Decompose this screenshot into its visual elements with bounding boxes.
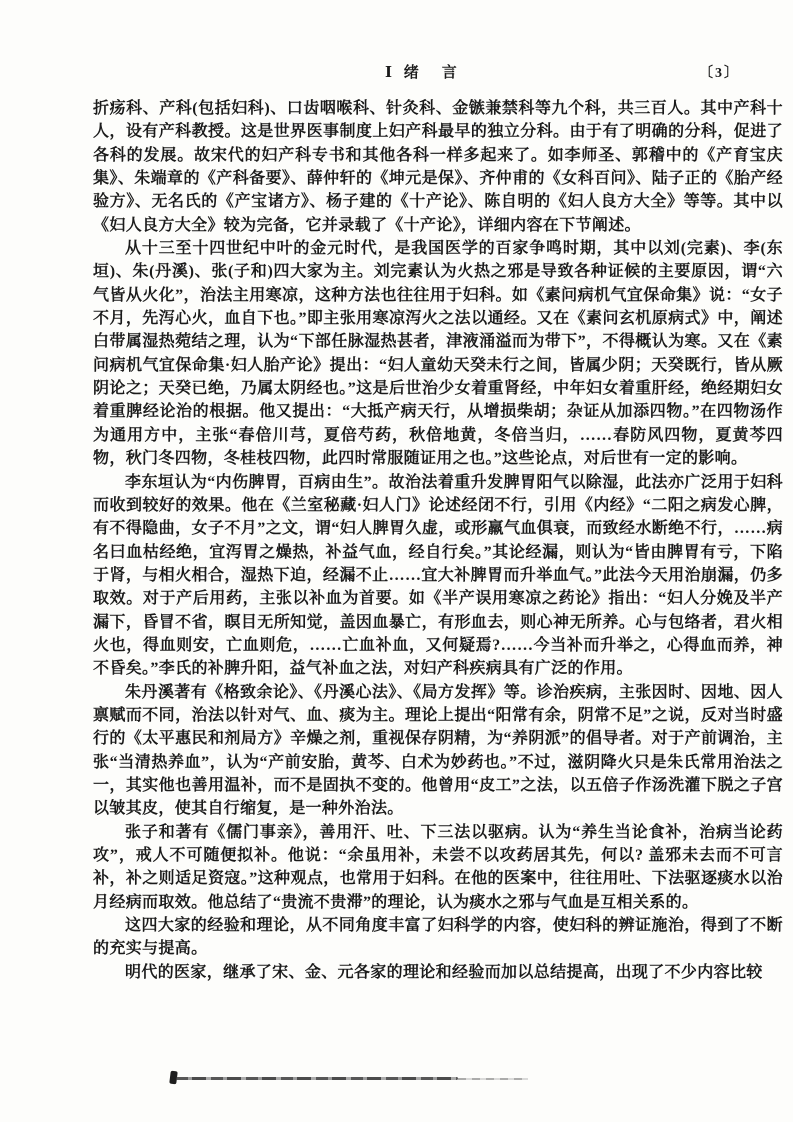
ink-smudge-line (176, 1077, 458, 1080)
scanned-book-page: Ⅰ 绪 言 〔3〕 折疡科、产科(包括妇科)、口齿咽喉科、针灸科、金镞兼禁科等九… (0, 0, 793, 1122)
paragraph: 李东垣认为“内伤脾胃，百病由生”。故治法着重升发脾胃阳气以除湿，此法亦广泛用于妇… (93, 471, 783, 681)
page-number: 〔3〕 (699, 62, 740, 82)
paragraph: 这四大家的经验和理论，从不同角度丰富了妇科学的内容，使妇科的辨证施治，得到了不断… (93, 914, 783, 961)
body-text-block: 折疡科、产科(包括妇科)、口齿咽喉科、针灸科、金镞兼禁科等九个科，共三百人。其中… (93, 97, 783, 984)
page-header: Ⅰ 绪 言 〔3〕 (93, 61, 783, 83)
paragraph: 朱丹溪著有《格致余论》、《丹溪心法》、《局方发挥》等。诊治疾病，主张因时、因地、… (93, 681, 783, 821)
paragraph: 张子和著有《儒门事亲》，善用汗、吐、下三法以驱病。认为“养生当论食补，治病当论药… (93, 821, 783, 914)
paragraph: 折疡科、产科(包括妇科)、口齿咽喉科、针灸科、金镞兼禁科等九个科，共三百人。其中… (93, 97, 783, 237)
paragraph: 从十三至十四世纪中叶的金元时代，是我国医学的百家争鸣时期，其中以刘(完素)、李(… (93, 237, 783, 470)
ink-smudge-tail (458, 1078, 528, 1080)
chapter-heading: Ⅰ 绪 言 (385, 61, 461, 82)
scan-smudge-artifact (170, 1071, 530, 1085)
paragraph: 明代的医家，继承了宋、金、元各家的理论和经验而加以总结提高，出现了不少内容比较 (93, 961, 783, 984)
